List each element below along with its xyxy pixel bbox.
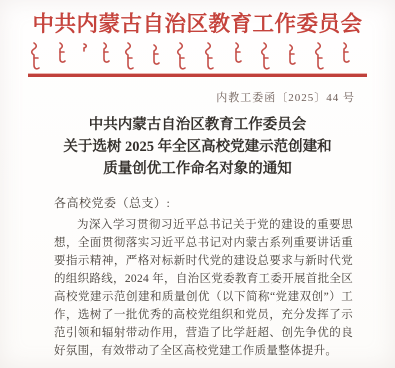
official-document-page: 中共内蒙古自治区教育工作委员会 <box>0 0 395 368</box>
title-line-2: 关于选树 2025 年全区高校党建示范创建和 <box>0 136 395 158</box>
document-title: 中共内蒙古自治区教育工作委员会 关于选树 2025 年全区高校党建示范创建和 质… <box>0 114 395 180</box>
salutation: 各高校党委（总支）: <box>54 194 353 211</box>
body-paragraph: 为深入学习贯彻习近平总书记关于党的建设的重要思想，全面贯彻落实习近平总书记对内蒙… <box>54 216 353 360</box>
document-number: 内教工委函〔2025〕44 号 <box>0 89 395 105</box>
mongolian-script-decoration <box>0 40 395 72</box>
mongolian-script-icon <box>26 40 370 72</box>
title-line-1: 中共内蒙古自治区教育工作委员会 <box>0 114 395 136</box>
red-divider-line <box>28 73 367 77</box>
title-line-3: 质量创优工作命名对象的通知 <box>0 158 395 180</box>
letterhead-org-name: 中共内蒙古自治区教育工作委员会 <box>0 0 395 38</box>
